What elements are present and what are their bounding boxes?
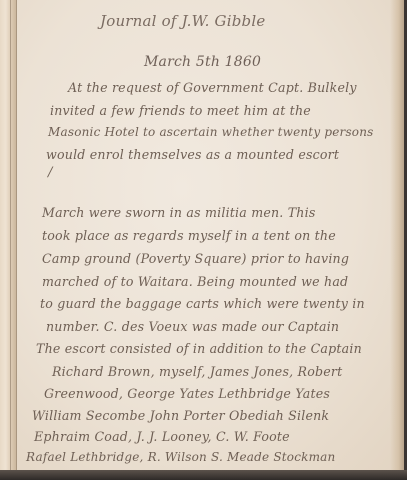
text-line: would enrol themselves as a mounted esco… <box>46 147 339 162</box>
text-line: Ephraim Coad, J. J. Looney, C. W. Foote <box>34 429 290 444</box>
page-binding <box>0 0 17 470</box>
text-line: marched of to Waitara. Being mounted we … <box>42 274 348 289</box>
text-line: took place as regards myself in a tent o… <box>42 228 336 243</box>
text-line: March were sworn in as militia men. This <box>42 205 316 220</box>
text-line: to guard the baggage carts which were tw… <box>40 296 365 311</box>
text-line: William Secombe John Porter Obediah Sile… <box>32 408 329 423</box>
text-line: number. C. des Voeux was made our Captai… <box>46 319 339 334</box>
text-line: Richard Brown, myself, James Jones, Robe… <box>52 364 342 379</box>
text-line: invited a few friends to meet him at the <box>50 103 311 118</box>
text-line: Rafael Lethbridge, R. Wilson S. Meade St… <box>26 450 335 464</box>
entry-date: March 5th 1860 <box>144 54 261 70</box>
journal-page: Journal of J.W. Gibble March 5th 1860 At… <box>0 0 404 470</box>
page-bottom-edge <box>0 470 407 480</box>
text-line: Greenwood, George Yates Lethbridge Yates <box>44 386 330 401</box>
binding-crease <box>10 0 11 470</box>
text-line: Camp ground (Poverty Square) prior to ha… <box>42 251 349 266</box>
text-line: At the request of Government Capt. Bulke… <box>68 80 357 95</box>
text-mark: / <box>48 165 53 180</box>
text-line: The escort consisted of in addition to t… <box>36 341 362 356</box>
text-line: Masonic Hotel to ascertain whether twent… <box>48 125 374 139</box>
journal-title: Journal of J.W. Gibble <box>100 12 265 30</box>
